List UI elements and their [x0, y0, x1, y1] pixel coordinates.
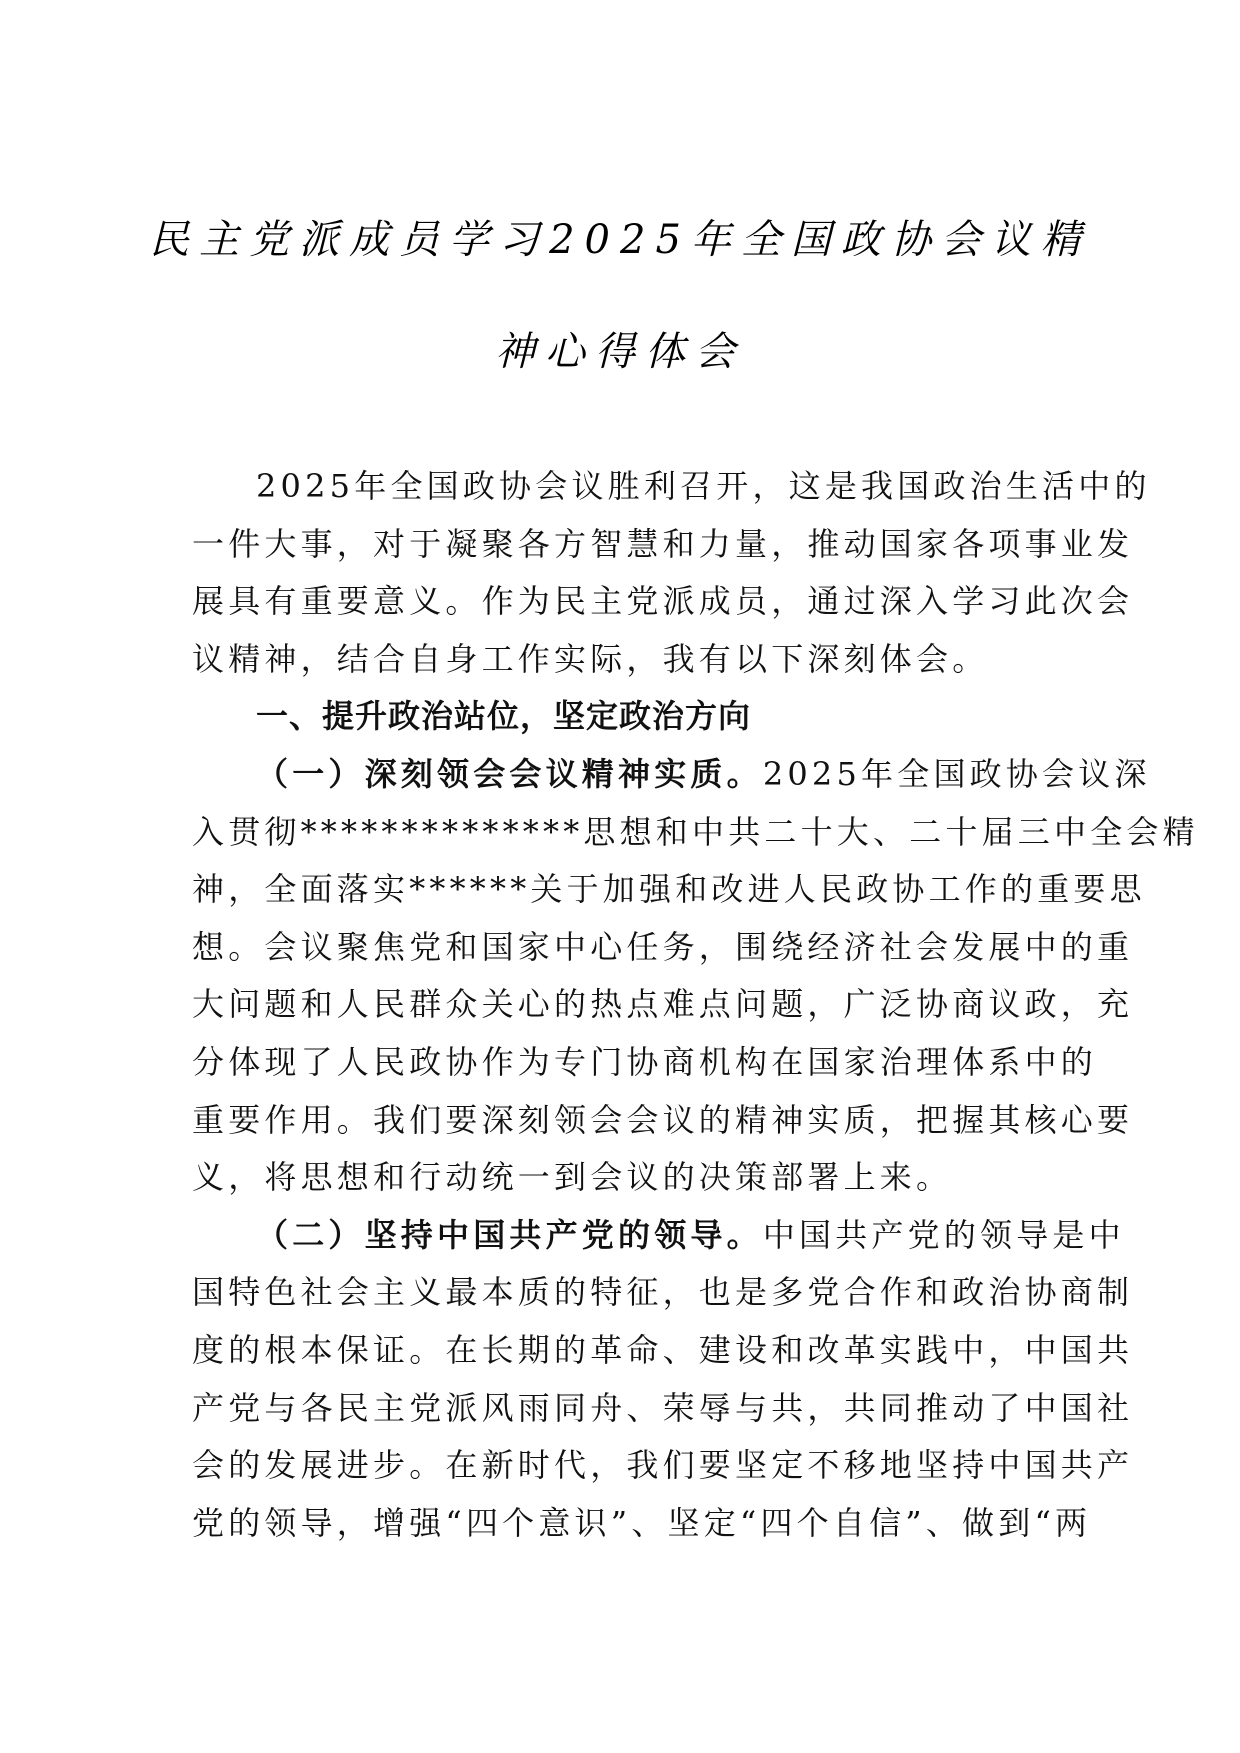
paragraph-line: 党的领导，增强“四个意识”、坚定“四个自信”、做到“两	[192, 1495, 1052, 1553]
subsection-1-paragraph: （一）深刻领会会议精神实质。2025年全国政协会议深 入贯彻**********…	[192, 746, 1052, 1207]
document-title-line-1: 民主党派成员学习2025年全国政协会议精	[0, 208, 1240, 265]
document-body: 2025年全国政协会议胜利召开，这是我国政治生活中的 一件大事，对于凝聚各方智慧…	[192, 458, 1052, 1552]
section-heading: 一、提升政治站位，坚定政治方向	[192, 688, 1052, 746]
paragraph-line: 神，全面落实******关于加强和改进人民政协工作的重要思	[192, 861, 1052, 919]
paragraph-line: 度的根本保证。在长期的革命、建设和改革实践中，中国共	[192, 1322, 1052, 1380]
subsection-label: （二）坚持中国共产党的领导。	[256, 1216, 763, 1254]
paragraph-text: 2025年全国政协会议深	[763, 755, 1151, 793]
paragraph-line: 产党与各民主党派风雨同舟、荣辱与共，共同推动了中国社	[192, 1380, 1052, 1438]
subsection-2-paragraph: （二）坚持中国共产党的领导。中国共产党的领导是中 国特色社会主义最本质的特征，也…	[192, 1207, 1052, 1553]
paragraph-line: 2025年全国政协会议胜利召开，这是我国政治生活中的	[192, 458, 1052, 516]
paragraph-line: 重要作用。我们要深刻领会会议的精神实质，把握其核心要	[192, 1092, 1052, 1150]
document-page: 民主党派成员学习2025年全国政协会议精 神心得体会 2025年全国政协会议胜利…	[0, 0, 1240, 1753]
paragraph-line: 大问题和人民群众关心的热点难点问题，广泛协商议政，充	[192, 976, 1052, 1034]
paragraph-line: 入贯彻**************思想和中共二十大、二十届三中全会精	[192, 804, 1052, 862]
paragraph-line: 分体现了人民政协作为专门协商机构在国家治理体系中的	[192, 1034, 1052, 1092]
paragraph-line: （二）坚持中国共产党的领导。中国共产党的领导是中	[192, 1207, 1052, 1265]
paragraph-line: 议精神，结合自身工作实际，我有以下深刻体会。	[192, 631, 1052, 689]
paragraph-line: 展具有重要意义。作为民主党派成员，通过深入学习此次会	[192, 573, 1052, 631]
paragraph-line: （一）深刻领会会议精神实质。2025年全国政协会议深	[192, 746, 1052, 804]
document-title-line-2: 神心得体会	[0, 320, 1240, 377]
paragraph-line: 一件大事，对于凝聚各方智慧和力量，推动国家各项事业发	[192, 516, 1052, 574]
paragraph-line: 会的发展进步。在新时代，我们要坚定不移地坚持中国共产	[192, 1437, 1052, 1495]
paragraph-line: 国特色社会主义最本质的特征，也是多党合作和政治协商制	[192, 1264, 1052, 1322]
subsection-label: （一）深刻领会会议精神实质。	[256, 755, 763, 793]
paragraph-text: 中国共产党的领导是中	[763, 1216, 1125, 1254]
paragraph-line: 想。会议聚焦党和国家中心任务，围绕经济社会发展中的重	[192, 919, 1052, 977]
paragraph-line: 义，将思想和行动统一到会议的决策部署上来。	[192, 1149, 1052, 1207]
intro-paragraph: 2025年全国政协会议胜利召开，这是我国政治生活中的 一件大事，对于凝聚各方智慧…	[192, 458, 1052, 688]
